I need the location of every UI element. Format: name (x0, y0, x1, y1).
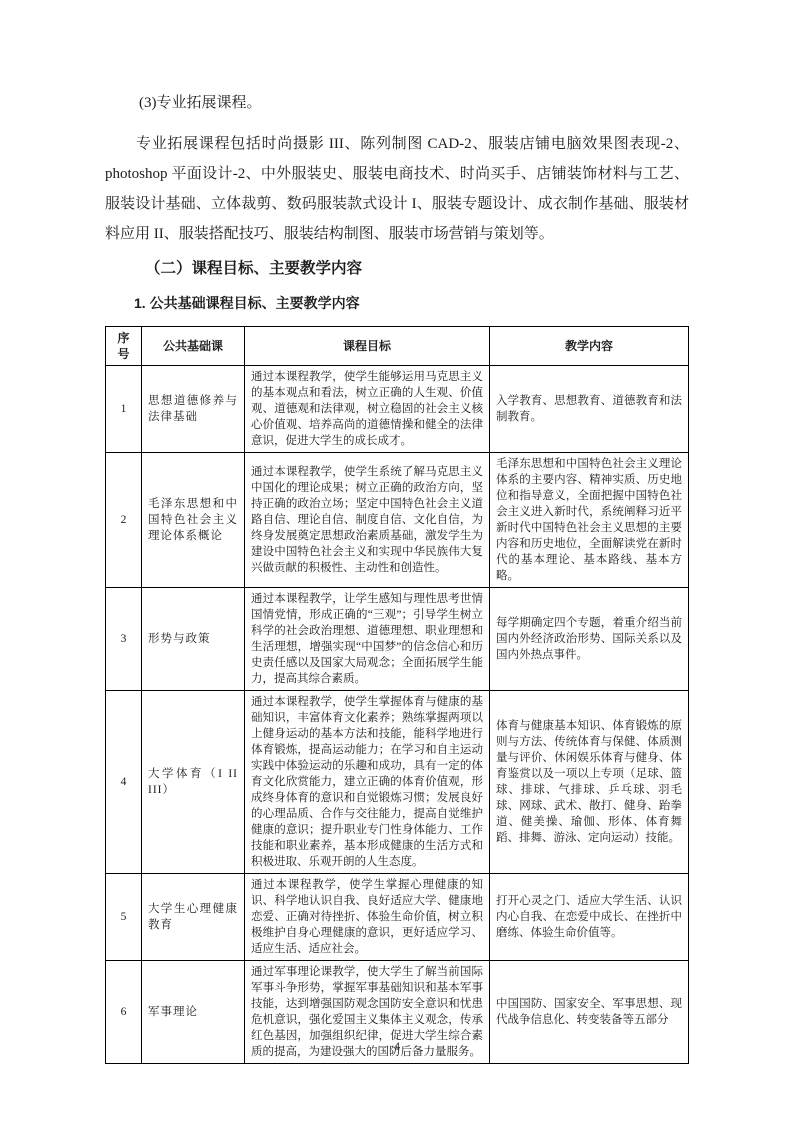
cell-no: 3 (106, 588, 142, 691)
table-row: 3 形势与政策 通过本课程教学，让学生感知与理性思考世情国情党情，形成正确的“三… (106, 588, 689, 691)
header-cell-content: 教学内容 (490, 327, 689, 366)
cell-course: 大学体育（I II III） (142, 691, 245, 874)
cell-content: 入学教育、思想教育、道德教育和法制教育。 (490, 366, 689, 453)
heading-public-basic-courses: 1. 公共基础课程目标、主要教学内容 (105, 293, 689, 313)
page-content: (3)专业拓展课程。 专业拓展课程包括时尚摄影 III、陈列制图 CAD-2、服… (105, 93, 689, 1064)
page-number: 4 (0, 1039, 794, 1054)
table-row: 1 思想道德修养与法律基础 通过本课程教学，使学生能够运用马克思主义的基本观点和… (106, 366, 689, 453)
cell-course: 思想道德修养与法律基础 (142, 366, 245, 453)
table-row: 4 大学体育（I II III） 通过本课程教学，使学生掌握体育与健康的基础知识… (106, 691, 689, 874)
cell-objective: 通过本课程教学，让学生感知与理性思考世情国情党情，形成正确的“三观”；引导学生树… (245, 588, 490, 691)
document-page: (3)专业拓展课程。 专业拓展课程包括时尚摄影 III、陈列制图 CAD-2、服… (0, 0, 794, 1123)
header-cell-objective: 课程目标 (245, 327, 490, 366)
cell-objective: 通过本课程教学，使学生能够运用马克思主义的基本观点和看法，树立正确的人生观、价值… (245, 366, 490, 453)
table-row: 2 毛泽东思想和中国特色社会主义理论体系概论 通过本课程教学，使学生系统了解马克… (106, 453, 689, 588)
cell-no: 4 (106, 691, 142, 874)
cell-no: 5 (106, 874, 142, 961)
header-cell-course: 公共基础课 (142, 327, 245, 366)
cell-course: 毛泽东思想和中国特色社会主义理论体系概论 (142, 453, 245, 588)
cell-objective: 通过本课程教学，使学生系统了解马克思主义中国化的理论成果；树立正确的政治方向，坚… (245, 453, 490, 588)
intro-paragraph: 专业拓展课程包括时尚摄影 III、陈列制图 CAD-2、服装店铺电脑效果图表现-… (105, 129, 689, 249)
cell-no: 1 (106, 366, 142, 453)
cell-course: 形势与政策 (142, 588, 245, 691)
cell-objective: 通过本课程教学，使学生掌握体育与健康的基础知识，丰富体育文化素养；熟练掌握两项以… (245, 691, 490, 874)
cell-course: 大学生心理健康教育 (142, 874, 245, 961)
cell-content: 体育与健康基本知识、体育锻炼的原则与方法、传统体育与保健、体质测量与评价、休闲娱… (490, 691, 689, 874)
cell-content: 每学期确定四个专题，着重介绍当前国内外经济政治形势、国际关系以及国内外热点事件。 (490, 588, 689, 691)
cell-content: 打开心灵之门、适应大学生活、认识内心自我、在恋爱中成长、在挫折中磨练、体验生命价… (490, 874, 689, 961)
cell-objective: 通过本课程教学，使学生掌握心理健康的知识、科学地认识自我、良好适应大学、健康地恋… (245, 874, 490, 961)
public-basic-course-table: 序号 公共基础课 课程目标 教学内容 1 思想道德修养与法律基础 通过本课程教学… (105, 326, 689, 1064)
header-cell-no: 序号 (106, 327, 142, 366)
table-row: 5 大学生心理健康教育 通过本课程教学，使学生掌握心理健康的知识、科学地认识自我… (106, 874, 689, 961)
cell-content: 毛泽东思想和中国特色社会主义理论体系的主要内容、精神实质、历史地位和指导意义，全… (490, 453, 689, 588)
cell-no: 2 (106, 453, 142, 588)
table-header-row: 序号 公共基础课 课程目标 教学内容 (106, 327, 689, 366)
section-heading: (3)专业拓展课程。 (105, 93, 689, 114)
heading-course-goals: （二）课程目标、主要教学内容 (105, 258, 689, 280)
